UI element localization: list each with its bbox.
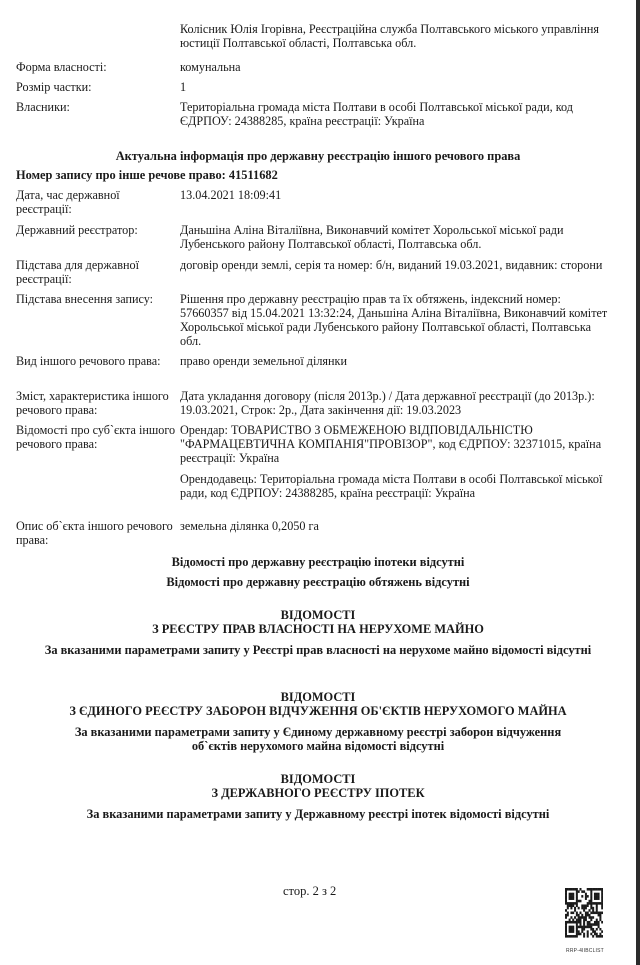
qr-code-icon <box>565 884 603 942</box>
section-message: За вказаними параметрами запиту у Реєстр… <box>30 643 606 657</box>
registrar-continuation: Колісник Юлія Ігорівна, Реєстраційна слу… <box>180 22 610 50</box>
field-label: Державний реєстратор: <box>16 223 176 237</box>
field-label: Підстава внесення запису: <box>16 292 176 306</box>
section-title: ВІДОМОСТІ <box>0 608 636 622</box>
field-label: Відомості про суб`єкта іншого речового п… <box>16 423 176 451</box>
field-label: Дата, час державної реєстрації: <box>16 188 176 216</box>
field-value: право оренди земельної ділянки <box>180 354 610 368</box>
section-heading: Актуальна інформація про державну реєстр… <box>0 149 636 163</box>
field-value: Рішення про державну реєстрацію прав та … <box>180 292 610 348</box>
field-value: Даньшіна Аліна Віталіївна, Виконавчий ко… <box>180 223 610 251</box>
lessee-info: Орендар: ТОВАРИСТВО З ОБМЕЖЕНОЮ ВІДПОВІД… <box>180 423 610 465</box>
section-message: За вказаними параметрами запиту у Єдином… <box>60 725 576 753</box>
record-number: Номер запису про інше речове право: 4151… <box>16 168 278 182</box>
field-label: Розмір частки: <box>16 80 176 94</box>
section-subtitle: З РЕЄСТРУ ПРАВ ВЛАСНОСТІ НА НЕРУХОМЕ МАЙ… <box>0 622 636 636</box>
field-label: Підстава для державної реєстрації: <box>16 258 176 286</box>
field-label: Опис об`єкта іншого речового права: <box>16 519 176 547</box>
field-value: комунальна <box>180 60 610 74</box>
field-value: Територіальна громада міста Полтави в ос… <box>180 100 610 128</box>
field-value: Орендар: ТОВАРИСТВО З ОБМЕЖЕНОЮ ВІДПОВІД… <box>180 423 610 500</box>
field-label: Власники: <box>16 100 176 114</box>
encumbrance-absent-notice: Відомості про державну реєстрацію обтяже… <box>0 575 636 589</box>
field-label: Вид іншого речового права: <box>16 354 176 368</box>
section-message: За вказаними параметрами запиту у Держав… <box>0 807 636 821</box>
section-subtitle: З ЄДИНОГО РЕЄСТРУ ЗАБОРОН ВІДЧУЖЕННЯ ОБ'… <box>0 704 636 718</box>
page-indicator: стор. 2 з 2 <box>283 884 336 899</box>
viewer-edge <box>636 0 640 965</box>
field-value: земельна ділянка 0,2050 га <box>180 519 610 533</box>
field-value: 13.04.2021 18:09:41 <box>180 188 610 202</box>
field-label: Форма власності: <box>16 60 176 74</box>
mortgage-absent-notice: Відомості про державну реєстрацію іпотек… <box>0 555 636 569</box>
qr-code-label: RRP-4IIBCLIST <box>560 948 610 954</box>
field-value: Дата укладання договору (після 2013р.) /… <box>180 389 610 417</box>
field-label: Зміст, характеристика іншого речового пр… <box>16 389 176 417</box>
section-subtitle: З ДЕРЖАВНОГО РЕЄСТРУ ІПОТЕК <box>0 786 636 800</box>
document-page: Колісник Юлія Ігорівна, Реєстраційна слу… <box>0 0 636 965</box>
field-value: договір оренди землі, серія та номер: б/… <box>180 258 610 272</box>
field-value: 1 <box>180 80 610 94</box>
section-title: ВІДОМОСТІ <box>0 772 636 786</box>
lessor-info: Орендодавець: Територіальна громада міст… <box>180 472 610 500</box>
section-title: ВІДОМОСТІ <box>0 690 636 704</box>
qr-code <box>565 884 603 942</box>
